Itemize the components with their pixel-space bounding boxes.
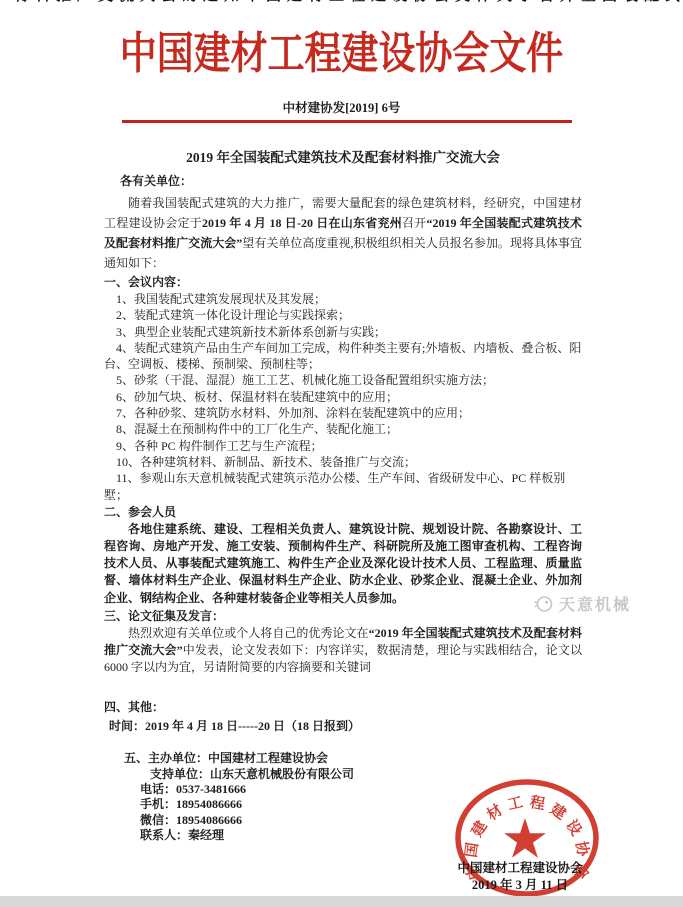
conference-title: 2019 年全国装配式建筑技术及配套材料推广交流大会 <box>104 149 582 166</box>
section2-paragraph: 各地住建系统、建设、工程相关负责人、建筑设计院、规划设计院、各勘察设计、工程咨询… <box>104 521 582 607</box>
document-page: 材料推广交流大会的通知中国建材工程建设协会文件关于召开全国装配式建筑技术及配套材… <box>0 0 683 907</box>
letterhead-divider-rule <box>122 120 572 123</box>
intro-text-2: 召开 <box>402 216 427 230</box>
top-clipped-text: 材料推广交流大会的通知中国建材工程建设协会文件关于召开全国装配式建筑技术及配套材… <box>14 0 683 4</box>
agenda-item: 4、装配式建筑产品由生产车间加工完成，构件种类主要有;外墙板、内墙板、叠合板、阳… <box>104 340 582 373</box>
section1-heading: 一、会议内容： <box>104 274 582 291</box>
document-body: 2019 年全国装配式建筑技术及配套材料推广交流大会 各有关单位： 随着我国装配… <box>104 145 582 843</box>
intro-date-location: 2019 年 4 月 18 日-20 日在山东省兖州 <box>202 216 402 230</box>
signature-organization: 中国建材工程建设协会 <box>425 858 615 876</box>
agenda-item: 11、参观山东天意机械装配式建筑示范办公楼、生产车间、省级研发中心、PC 样板别… <box>104 470 582 503</box>
watermark-text: 天意机械 <box>559 592 631 615</box>
section4-heading: 四、其他： <box>104 699 582 716</box>
tianyi-logo-icon <box>534 594 554 614</box>
agenda-item: 5、砂浆（干混、湿混）施工工艺、机械化施工设备配置组织实施方法； <box>104 372 582 388</box>
section3-paragraph: 热烈欢迎有关单位或个人将自己的优秀论文在“2019 年全国装配式建筑技术及配套材… <box>104 625 582 677</box>
section3-heading: 三、论文征集及发言： <box>104 608 582 625</box>
agenda-item: 6、砂加气块、板材、保温材料在装配建筑中的应用； <box>104 389 582 405</box>
agenda-item: 7、各种砂浆、建筑防水材料、外加剂、涂料在装配建筑中的应用； <box>104 405 582 421</box>
salutation: 各有关单位： <box>104 174 582 189</box>
top-clipped-text-row: 材料推广交流大会的通知中国建材工程建设协会文件关于召开全国装配式建筑技术及配套材… <box>14 0 683 6</box>
agenda-item: 3、典型企业装配式建筑新技术新体系创新与实践； <box>104 324 582 340</box>
agenda-item: 9、各种 PC 构件制作工艺与生产流程； <box>104 438 582 454</box>
signature-date: 2019 年 3 月 11 日 <box>425 875 615 893</box>
agenda-item: 1、我国装配式建筑发展现状及其发展； <box>104 291 582 307</box>
watermark: 天意机械 <box>534 592 631 615</box>
association-letterhead-title: 中国建材工程建设协会文件 <box>55 28 629 80</box>
event-time-line: 时间：2019 年 4 月 18 日-----20 日（18 日报到） <box>104 718 582 735</box>
agenda-item: 8、混凝土在预制构件中的工厂化生产、装配化施工； <box>104 421 582 437</box>
agenda-item: 2、装配式建筑一体化设计理论与实践探索； <box>104 307 582 323</box>
seal-star-icon <box>504 818 546 858</box>
host-organization-line: 五、主办单位：中国建材工程建设协会 <box>104 751 582 766</box>
section3-text-1: 热烈欢迎有关单位或个人将自己的优秀论文在 <box>128 626 369 640</box>
document-number: 中材建协发[2019] 6号 <box>0 98 683 116</box>
agenda-item: 10、各种建筑材料、新制品、新技术、装备推广与交流； <box>104 454 582 470</box>
section2-heading: 二、参会人员 <box>104 504 582 521</box>
section1-item-list: 1、我国装配式建筑发展现状及其发展； 2、装配式建筑一体化设计理论与实践探索； … <box>104 291 582 503</box>
intro-paragraph: 随着我国装配式建筑的大力推广，需要大量配套的绿色建筑材料，经研究，中国建材工程建… <box>104 193 582 273</box>
bottom-gray-band <box>0 896 683 907</box>
